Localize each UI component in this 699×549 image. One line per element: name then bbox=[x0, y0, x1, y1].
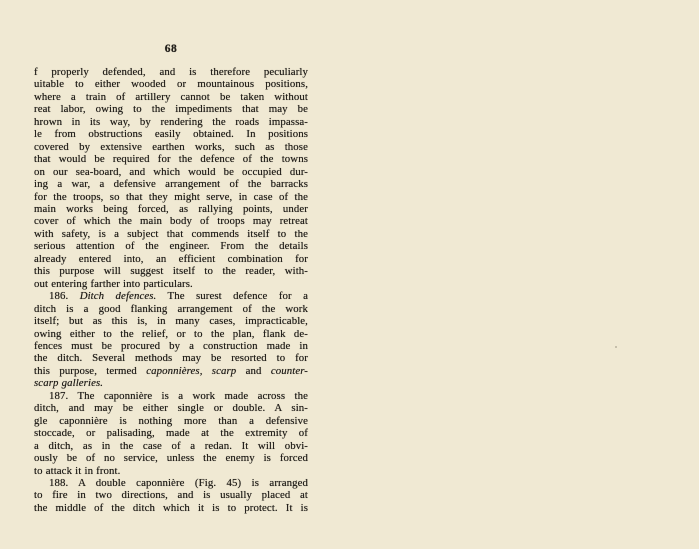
text-line: le from obstructions easily obtained. In… bbox=[34, 128, 308, 140]
text-line: on our sea-board, and which would be occ… bbox=[34, 166, 308, 178]
text-line: main works being forced, as rallying poi… bbox=[34, 203, 308, 215]
text-line: the middle of the ditch which it is to p… bbox=[34, 502, 308, 514]
text-line: for the troops, so that they might serve… bbox=[34, 191, 308, 203]
text-line: ously be of no service, unless the enemy… bbox=[34, 452, 308, 464]
text-line: 187. The caponnière is a work made acros… bbox=[34, 390, 308, 402]
text-line: out entering farther into particulars. bbox=[34, 278, 308, 290]
text-line: to attack it in front. bbox=[34, 465, 308, 477]
text-line: with safety, is a subject that commends … bbox=[34, 228, 308, 240]
text-line: covered by extensive earthen works, such… bbox=[34, 141, 308, 153]
text-line: serious attention of the engineer. From … bbox=[34, 240, 308, 252]
text-line: scarp galleries. bbox=[34, 377, 308, 389]
text-line: f properly defended, and is therefore pe… bbox=[34, 66, 308, 78]
text-line: stoccade, or palisading, made at the ext… bbox=[34, 427, 308, 439]
page-number: 68 bbox=[34, 43, 308, 55]
text-block: f properly defended, and is therefore pe… bbox=[34, 66, 308, 514]
text-line: where a train of artillery cannot be tak… bbox=[34, 91, 308, 103]
text-line: cover of which the main body of troops m… bbox=[34, 215, 308, 227]
text-line: this purpose will suggest itself to the … bbox=[34, 265, 308, 277]
text-line: ditch is a good flanking arrangement of … bbox=[34, 303, 308, 315]
text-line: owing either to the relief, or to the pl… bbox=[34, 328, 308, 340]
text-line: itself; but as this is, in many cases, i… bbox=[34, 315, 308, 327]
text-line: hrown in its way, by rendering the roads… bbox=[34, 116, 308, 128]
text-line: reat labor, owing to the impediments tha… bbox=[34, 103, 308, 115]
text-line: already entered into, an efficient combi… bbox=[34, 253, 308, 265]
text-line: fences must be procured by a constructio… bbox=[34, 340, 308, 352]
scanned-book-page: 68 f properly defended, and is therefore… bbox=[0, 0, 699, 549]
text-line: the ditch. Several methods may be resort… bbox=[34, 352, 308, 364]
text-line: 188. A double caponnière (Fig. 45) is ar… bbox=[34, 477, 308, 489]
text-line: to fire in two directions, and is usuall… bbox=[34, 489, 308, 501]
text-line: gle caponnière is nothing more than a de… bbox=[34, 415, 308, 427]
text-line: uitable to either wooded or mountainous … bbox=[34, 78, 308, 90]
ink-speck bbox=[615, 346, 617, 348]
text-line: a ditch, as in the case of a redan. It w… bbox=[34, 440, 308, 452]
text-line: ing a war, a defensive arrangement of th… bbox=[34, 178, 308, 190]
text-line: ditch, and may be either single or doubl… bbox=[34, 402, 308, 414]
text-line: this purpose, termed caponnières, scarp … bbox=[34, 365, 308, 377]
text-line: 186. Ditch defences. The surest defence … bbox=[34, 290, 308, 302]
text-line: that would be required for the defence o… bbox=[34, 153, 308, 165]
